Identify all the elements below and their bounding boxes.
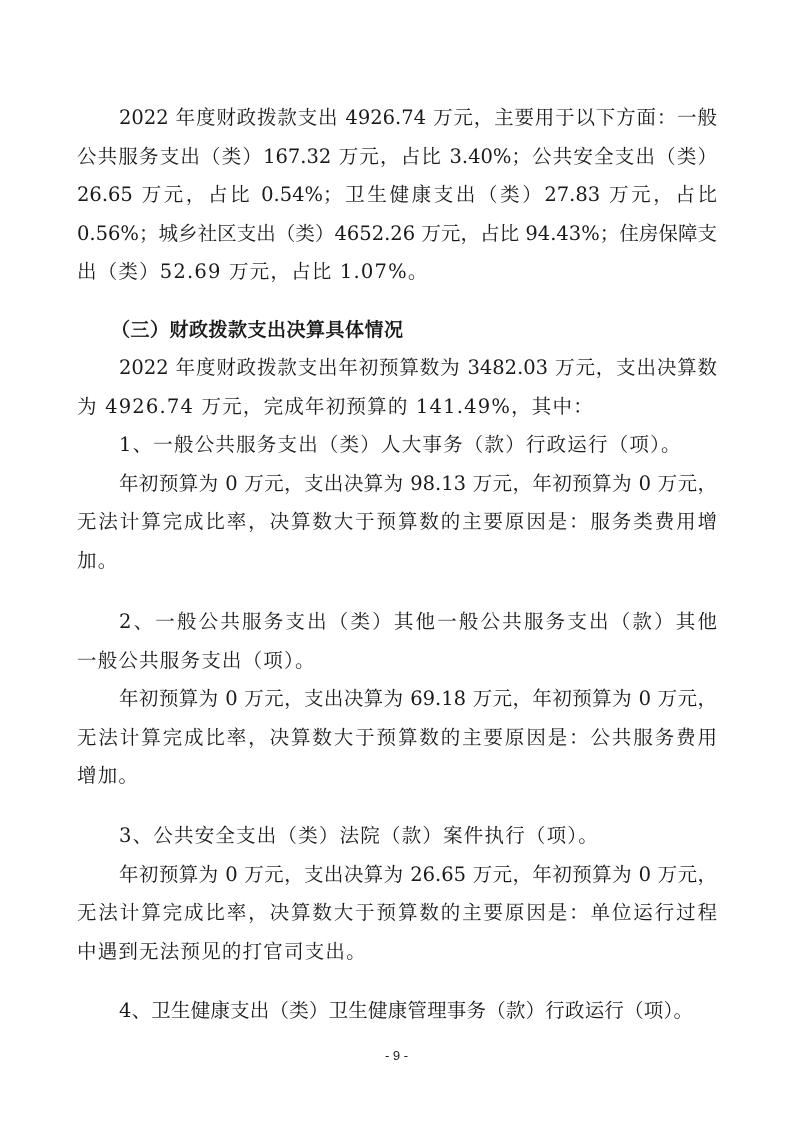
body-line: 无法计算完成比率，决算数大于预算数的主要原因是：公共服务费用 <box>77 719 717 757</box>
body-line: 年初预算为 0 万元，支出决算为 69.18 万元，年初预算为 0 万元， <box>119 680 717 718</box>
body-line: 年初预算为 0 万元，支出决算为 98.13 万元，年初预算为 0 万元， <box>119 465 717 503</box>
body-line: 0.56%；城乡社区支出（类）4652.26 万元，占比 94.43%；住房保障… <box>77 215 717 253</box>
body-line: 2022 年度财政拨款支出 4926.74 万元，主要用于以下方面：一般 <box>119 99 717 137</box>
body-line: 无法计算完成比率，决算数大于预算数的主要原因是：服务类费用增 <box>77 503 717 541</box>
body-line: 出（类）52.69 万元，占比 1.07%。 <box>77 253 717 291</box>
body-line: 公共服务支出（类）167.32 万元，占比 3.40%；公共安全支出（类） <box>77 138 717 176</box>
item-heading: 1、一般公共服务支出（类）人大事务（款）行政运行（项）。 <box>119 426 717 464</box>
section-heading: （三）财政拨款支出决算具体情况 <box>111 311 709 349</box>
body-line: 2022 年度财政拨款支出年初预算数为 3482.03 万元，支出决算数 <box>119 349 717 387</box>
page-number: - 9 - <box>0 1048 793 1063</box>
item-heading: 4、卫生健康支出（类）卫生健康管理事务（款）行政运行（项）。 <box>119 992 717 1030</box>
body-line: 为 4926.74 万元，完成年初预算的 141.49%，其中： <box>77 388 717 426</box>
body-line: 中遇到无法预见的打官司支出。 <box>77 933 717 971</box>
body-line: 无法计算完成比率，决算数大于预算数的主要原因是：单位运行过程 <box>77 894 717 932</box>
item-heading: 3、公共安全支出（类）法院（款）案件执行（项）。 <box>119 817 717 855</box>
body-line: 年初预算为 0 万元，支出决算为 26.65 万元，年初预算为 0 万元， <box>119 856 717 894</box>
body-line: 加。 <box>77 542 717 580</box>
body-line: 增加。 <box>77 757 717 795</box>
item-heading: 2、一般公共服务支出（类）其他一般公共服务支出（款）其他 <box>119 603 717 641</box>
item-heading: 一般公共服务支出（项）。 <box>77 642 717 680</box>
body-line: 26.65 万元，占比 0.54%；卫生健康支出（类）27.83 万元，占比 <box>77 176 717 214</box>
